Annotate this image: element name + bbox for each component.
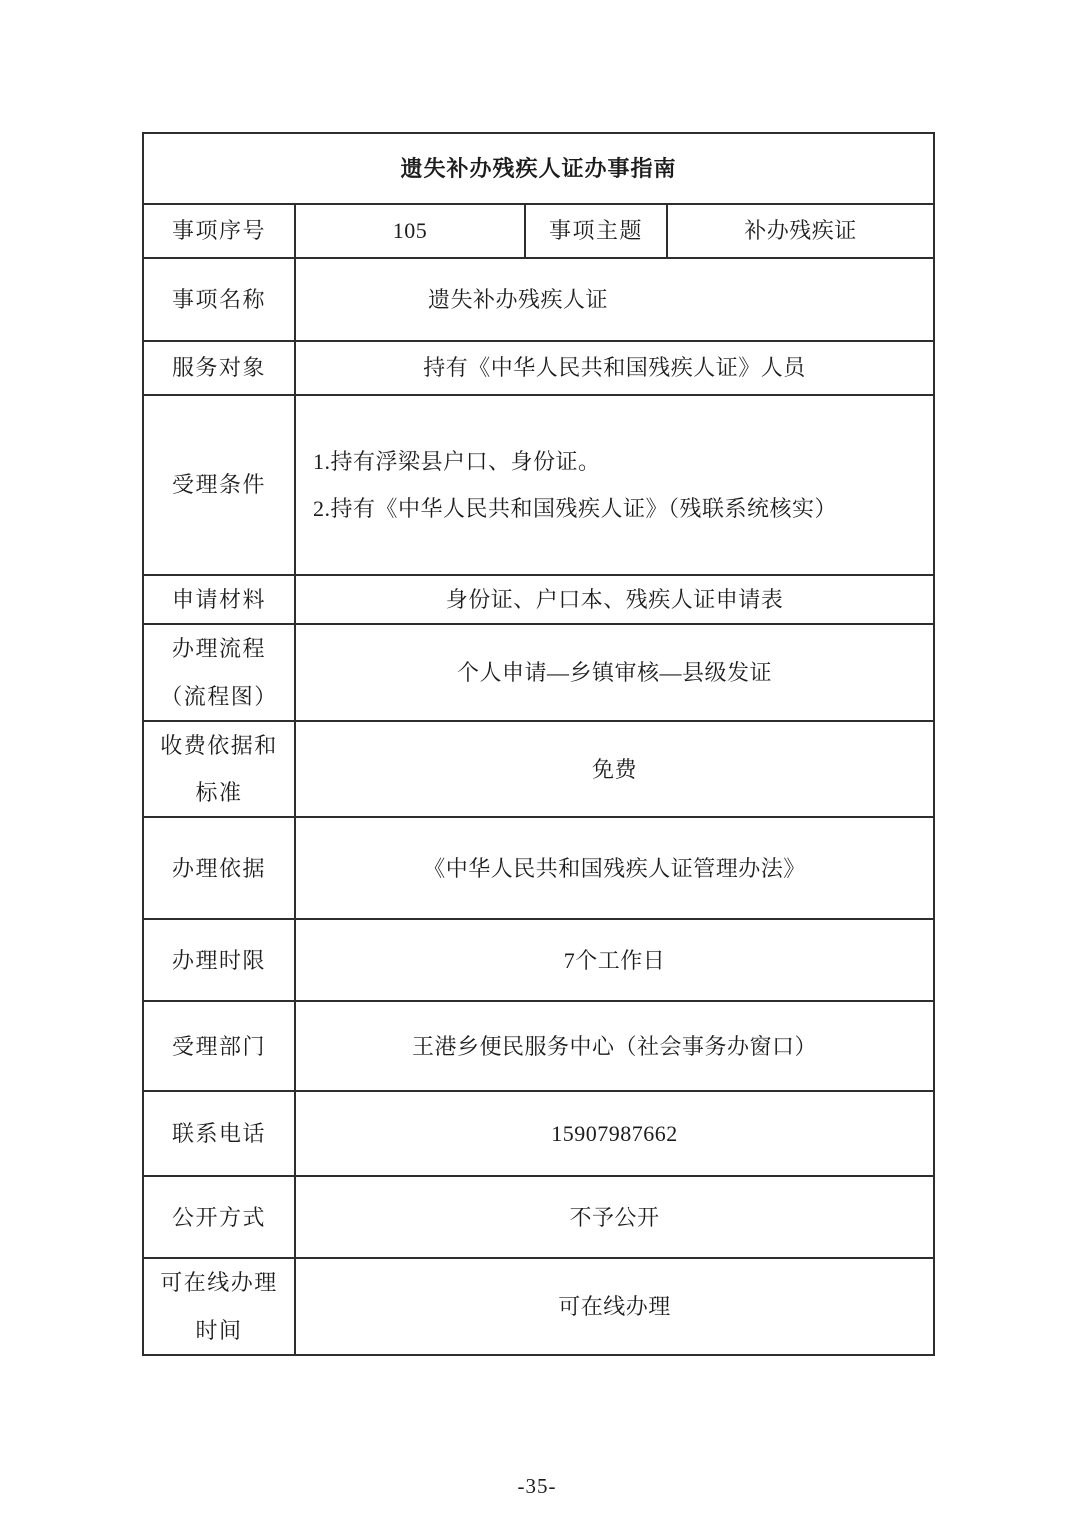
page: 遗失补办残疾人证办事指南 事项序号 105 事项主题 补办残疾证 事项名称 遗失…: [0, 0, 1074, 1520]
table-row-item-name: 事项名称 遗失补办残疾人证: [143, 258, 934, 341]
item-number-label: 事项序号: [143, 204, 295, 258]
row-label: 受理条件: [143, 395, 295, 575]
info-row: 事项序号 105 事项主题 补办残疾证: [143, 204, 934, 258]
row-value: 7个工作日: [295, 919, 934, 1001]
row-value: 15907987662: [295, 1091, 934, 1176]
row-value: 《中华人民共和国残疾人证管理办法》: [295, 817, 934, 919]
row-value: 免费: [295, 721, 934, 818]
row-value: 个人申请—乡镇审核—县级发证: [295, 624, 934, 721]
row-label: 可在线办理 时间: [143, 1258, 295, 1355]
doc-title: 遗失补办残疾人证办事指南: [143, 133, 934, 204]
row-label: 受理部门: [143, 1001, 295, 1091]
row-value: 可在线办理: [295, 1258, 934, 1355]
table-row-online-availability: 可在线办理 时间 可在线办理: [143, 1258, 934, 1355]
table-row-application-materials: 申请材料 身份证、户口本、残疾人证申请表: [143, 575, 934, 624]
page-number: -35-: [0, 1474, 1074, 1499]
row-label: 服务对象: [143, 341, 295, 395]
table-row-time-limit: 办理时限 7个工作日: [143, 919, 934, 1001]
table-row-fee-basis: 收费依据和 标准 免费: [143, 721, 934, 818]
table-row-disclosure-method: 公开方式 不予公开: [143, 1176, 934, 1258]
table-row-legal-basis: 办理依据 《中华人民共和国残疾人证管理办法》: [143, 817, 934, 919]
table-row-accepting-department: 受理部门 王港乡便民服务中心（社会事务办窗口）: [143, 1001, 934, 1091]
row-value: 遗失补办残疾人证: [295, 258, 934, 341]
row-value: 不予公开: [295, 1176, 934, 1258]
row-label: 联系电话: [143, 1091, 295, 1176]
row-label: 办理时限: [143, 919, 295, 1001]
item-topic-label: 事项主题: [525, 204, 667, 258]
title-row: 遗失补办残疾人证办事指南: [143, 133, 934, 204]
table-row-service-target: 服务对象 持有《中华人民共和国残疾人证》人员: [143, 341, 934, 395]
row-value: 1.持有浮梁县户口、身份证。 2.持有《中华人民共和国残疾人证》（残联系统核实）: [295, 395, 934, 575]
table-row-process: 办理流程 （流程图） 个人申请—乡镇审核—县级发证: [143, 624, 934, 721]
row-label: 申请材料: [143, 575, 295, 624]
row-value: 持有《中华人民共和国残疾人证》人员: [295, 341, 934, 395]
item-topic-value: 补办残疾证: [667, 204, 934, 258]
row-value: 王港乡便民服务中心（社会事务办窗口）: [295, 1001, 934, 1091]
row-label: 事项名称: [143, 258, 295, 341]
table-row-contact-phone: 联系电话 15907987662: [143, 1091, 934, 1176]
row-label: 收费依据和 标准: [143, 721, 295, 818]
row-value: 身份证、户口本、残疾人证申请表: [295, 575, 934, 624]
table-row-acceptance-conditions: 受理条件 1.持有浮梁县户口、身份证。 2.持有《中华人民共和国残疾人证》（残联…: [143, 395, 934, 575]
service-guide-table: 遗失补办残疾人证办事指南 事项序号 105 事项主题 补办残疾证 事项名称 遗失…: [142, 132, 935, 1356]
item-number-value: 105: [295, 204, 525, 258]
row-label: 公开方式: [143, 1176, 295, 1258]
row-label: 办理流程 （流程图）: [143, 624, 295, 721]
row-label: 办理依据: [143, 817, 295, 919]
